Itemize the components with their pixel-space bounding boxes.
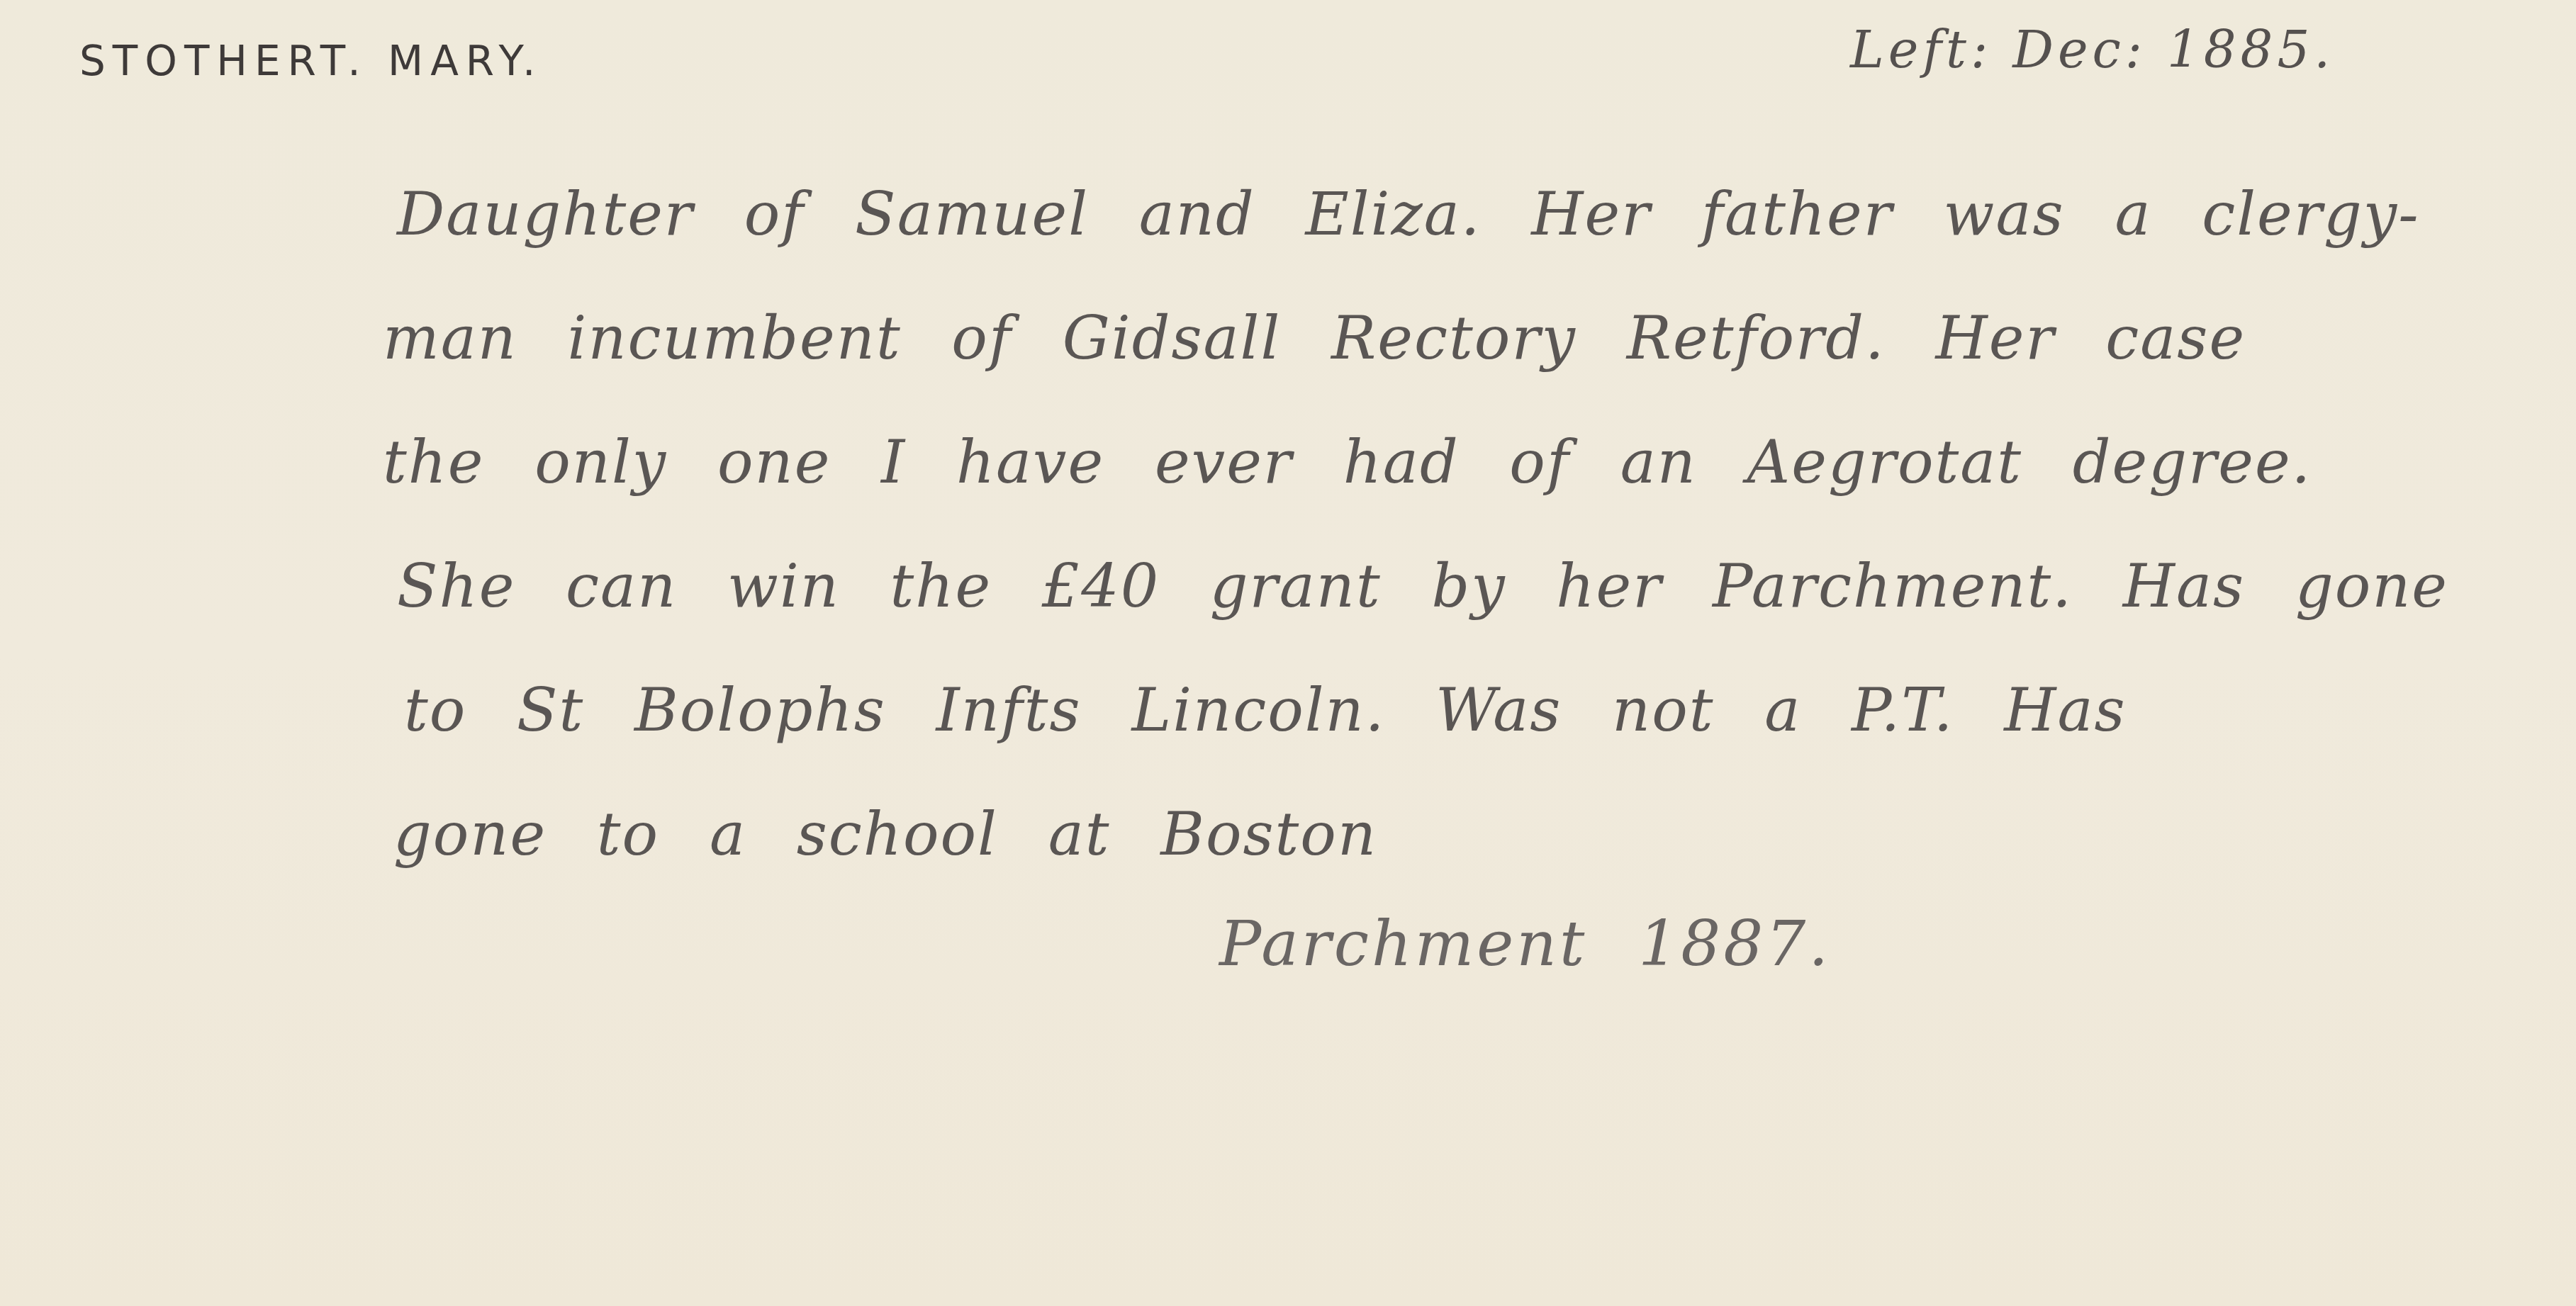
entry-line: gone to a school at Boston: [393, 772, 2552, 896]
left-date-note: Left: Dec: 1885.: [1850, 20, 2334, 79]
entry-line: She can win the £40 grant by her Parchme…: [397, 524, 2552, 648]
document-page: STOTHERT. MARY. Left: Dec: 1885. Daughte…: [0, 0, 2576, 1306]
student-name-heading: STOTHERT. MARY.: [79, 37, 543, 85]
entry-line: to St Bolophs Infts Lincoln. Was not a P…: [404, 648, 2552, 772]
parchment-note: Parchment 1887.: [1219, 907, 1831, 980]
entry-body: Daughter of Samuel and Eliza. Her father…: [390, 152, 2552, 896]
entry-line: the only one I have ever had of an Aegro…: [383, 400, 2552, 524]
entry-line: Daughter of Samuel and Eliza. Her father…: [397, 152, 2552, 276]
entry-line: man incumbent of Gidsall Rectory Retford…: [383, 276, 2552, 400]
